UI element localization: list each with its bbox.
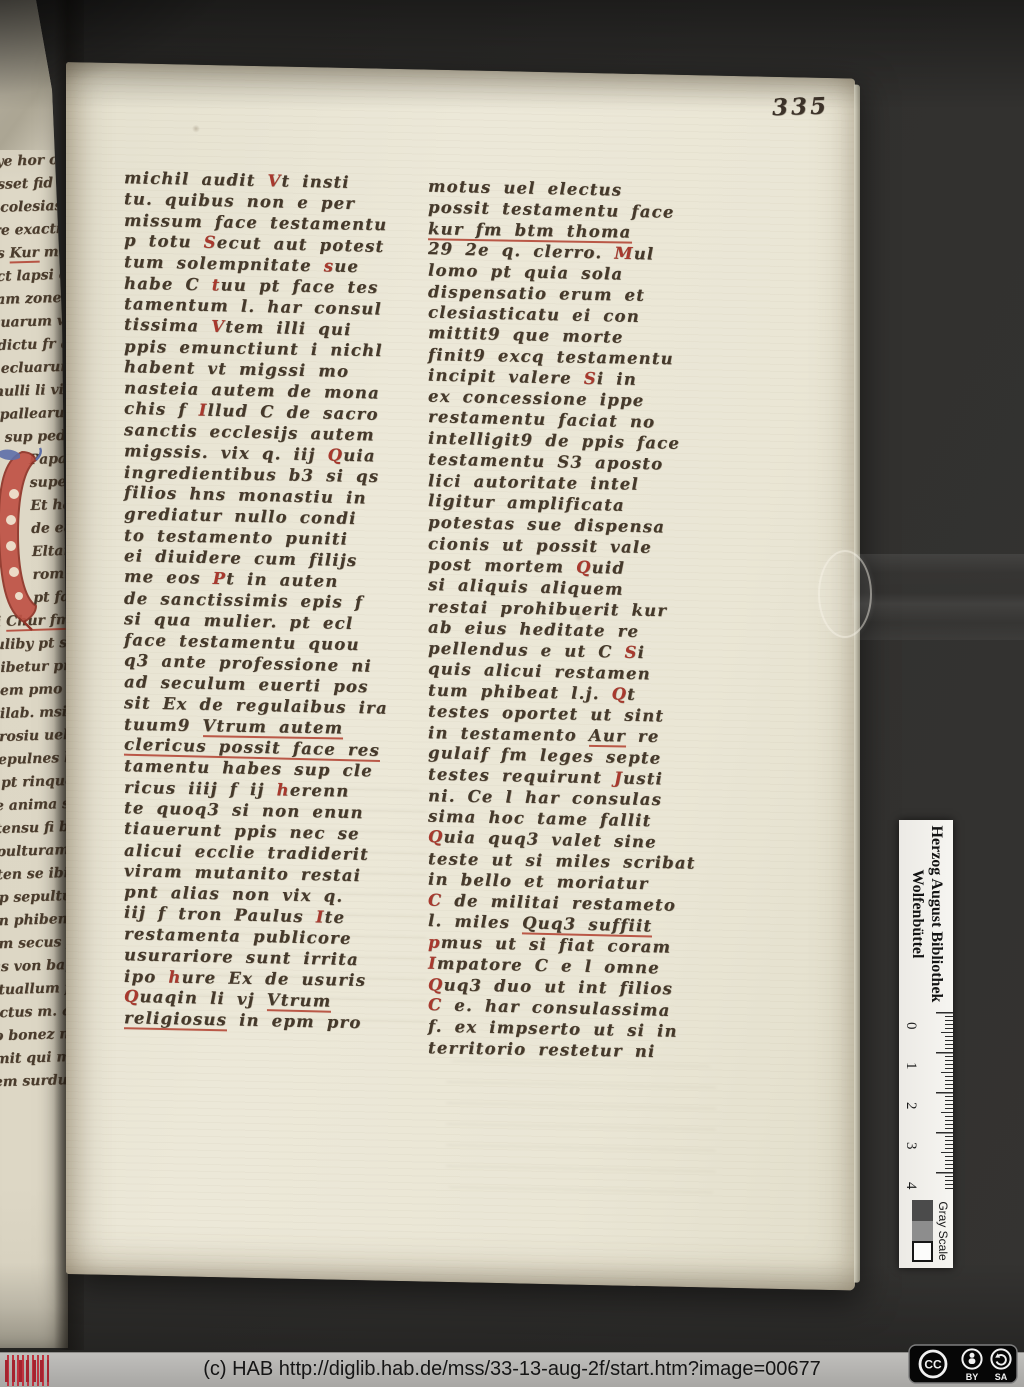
text-segment: cionis ut possit vale [428, 534, 652, 557]
text-segment: tem illi qui [225, 317, 351, 339]
text-segment: i [638, 643, 645, 662]
text-segment: michil audit [124, 168, 268, 190]
text-segment: finit9 excq testamentu [428, 345, 674, 368]
rubricated-text: s [324, 256, 335, 275]
rubricated-text: Q [428, 975, 444, 994]
text-segment: l. miles [428, 911, 522, 932]
text-segment: te [325, 908, 346, 928]
attribution-text: (c) HAB http://diglib.hab.de/mss/33-13-a… [0, 1358, 1024, 1381]
text-segment: usti [623, 769, 663, 789]
text-segment: ligitur amplificata [428, 491, 625, 515]
rubricated-text: I [428, 954, 437, 973]
rubricated-text: Q [428, 827, 444, 846]
text-segment: tum solempnitate [124, 252, 324, 275]
ruler-number: 1 [902, 1062, 919, 1070]
text-segment: 29 2e q. clerro. [428, 239, 614, 263]
centimeter-ruler: 01234 [899, 1008, 953, 1194]
rubricated-text: S [204, 233, 217, 252]
ruler-number: 0 [902, 1022, 919, 1030]
text-segment: tissima [124, 315, 211, 336]
illuminated-initial [0, 446, 44, 632]
page-fore-edge [854, 85, 860, 1283]
cc-sa-label: SA [995, 1372, 1008, 1382]
text-column-right: motus uel electuspossit testamentu facek… [428, 176, 730, 1064]
text-segment: uia quq3 valet sine [444, 827, 657, 851]
manuscript-page: 335 michil audit Vt institu. quibus non … [66, 62, 855, 1291]
text-segment: si aliquis aliquem [428, 575, 624, 599]
text-segment: tum phibeat l.j. [428, 681, 612, 704]
rubricated-text: Q [576, 558, 592, 577]
cradle-strap-reflection [852, 554, 1024, 640]
text-segment: lomo pt quia sola [428, 261, 623, 284]
rubricated-text: Q [328, 445, 344, 464]
rubricated-text: Q [612, 684, 628, 703]
text-segment: testes requirunt [428, 765, 614, 788]
text-segment: ue [334, 257, 359, 277]
text-segment: mittit9 que morte [428, 323, 624, 347]
rubricated-text: I [199, 401, 208, 420]
text-segment: alicui ecclie tradiderit [124, 841, 369, 864]
text-segment: iij f tron Paulus [124, 903, 316, 927]
rubricated-text: P [213, 569, 227, 588]
institution-name-line1: Herzog August Bibliothek [927, 820, 946, 1008]
rubricated-text: Q [124, 987, 140, 1006]
footer-bar: (c) HAB http://diglib.hab.de/mss/33-13-a… [0, 1352, 1024, 1387]
ruler-number: 2 [902, 1102, 919, 1110]
text-segment: dispensatio erum et [428, 282, 645, 305]
text-segment: ppis emunctiunt i nichl [124, 337, 383, 360]
rubricated-text: religiosus [124, 1008, 227, 1031]
text-segment: restai prohibuerit kur [428, 597, 667, 620]
rubricated-text: C [428, 891, 442, 910]
text-segment: ipo [124, 967, 168, 987]
text-segment: uid [592, 558, 625, 578]
gray-swatch-white [912, 1241, 933, 1262]
text-segment: i in [597, 369, 637, 389]
text-segment: de sanctissimis epis f [124, 589, 363, 612]
text-segment: t in auten [226, 569, 338, 591]
text-column-left: michil audit Vt institu. quibus non e pe… [124, 167, 426, 1034]
rubricated-text: h [168, 968, 181, 987]
text-segment: in epm pro [227, 1010, 361, 1032]
rubricated-text: Quq3 suffiit [522, 913, 652, 937]
gray-scale-target: Gray Scale [899, 1194, 953, 1268]
rubricated-text: Vtrum [267, 990, 332, 1013]
text-segment: to testamento puniti [124, 526, 348, 549]
text-segment: re [626, 727, 660, 747]
rubricated-text: S [584, 369, 597, 388]
text-segment: uia [343, 446, 376, 466]
folio-number: 335 [771, 92, 829, 121]
text-segment: habe C [124, 274, 212, 294]
gray-swatch-mid [912, 1221, 933, 1242]
rubricated-text: C [428, 995, 442, 1014]
rubricated-text: S [625, 643, 638, 662]
rubricated-text: M [614, 244, 634, 263]
cc-license-badge: CC BY SA [908, 1344, 1018, 1384]
rubricated-text: t [212, 275, 221, 294]
gray-swatch-dark [912, 1200, 933, 1221]
text-segment: uaqin li vj [140, 987, 267, 1009]
text-segment: migssis. vix q. iij [124, 441, 328, 464]
text-segment: motus uel electus [428, 177, 622, 200]
text-segment: uu pt face tes [221, 275, 379, 297]
text-segment: tuum9 [124, 715, 203, 735]
manuscript-text-line: territorio restetur ni [428, 1037, 730, 1063]
text-segment: erenn [290, 781, 350, 801]
text-segment: ricus iiij f ij [124, 778, 277, 800]
cc-by-label: BY [966, 1372, 979, 1382]
rubricated-text: h [277, 780, 290, 799]
text-segment: quis alicui restamen [428, 659, 651, 683]
ruler-number: 3 [902, 1142, 919, 1150]
gray-swatches [912, 1200, 933, 1262]
text-segment: p totu [124, 231, 204, 252]
institution-name-line2: Wolfenbüttel [908, 820, 927, 1008]
text-segment: territorio restetur ni [428, 1038, 656, 1061]
text-segment: t [627, 685, 636, 704]
rubricated-text: Aur [589, 726, 626, 748]
page-stain [192, 125, 200, 133]
text-segment: t insti [282, 172, 350, 192]
institution-label: Herzog August Bibliothek Wolfenbüttel [899, 820, 953, 1008]
text-segment: llud C de sacro [207, 401, 378, 424]
calibration-scale-bar: Herzog August Bibliothek Wolfenbüttel 01… [899, 820, 953, 1268]
gray-scale-label: Gray Scale [936, 1194, 950, 1268]
text-segment: mpatore C e l omne [437, 954, 660, 978]
text-segment: ni. Ce l har consulas [428, 786, 662, 809]
rubricated-text: J [614, 768, 623, 787]
ruler-number: 4 [902, 1182, 919, 1190]
digitized-manuscript-scan: t renye hor obsum posset fid Vnsone cole… [0, 0, 1024, 1387]
text-segment: me eos [124, 567, 213, 588]
text-segment: chis f [124, 399, 199, 420]
ink-showthrough [446, 1060, 716, 1196]
text-segment: incipit valere [428, 366, 584, 388]
rubricated-text: V [268, 171, 282, 190]
svg-text:CC: CC [924, 1358, 942, 1372]
ruler-ticks [936, 1012, 953, 1192]
text-segment: ure Ex de usuris [182, 968, 367, 990]
scale-bar-body: Herzog August Bibliothek Wolfenbüttel 01… [899, 820, 953, 1268]
rubricated-text: I [316, 907, 325, 926]
rubricated-text: V [211, 317, 225, 336]
rubricated-text: p [428, 933, 441, 952]
text-segment: ecut aut potest [217, 233, 385, 256]
rubricated-text: Kur [9, 245, 39, 264]
text-segment: post mortem [428, 555, 576, 577]
text-segment: teste ut si miles scribat [428, 849, 696, 872]
text-segment: ul [634, 244, 655, 264]
